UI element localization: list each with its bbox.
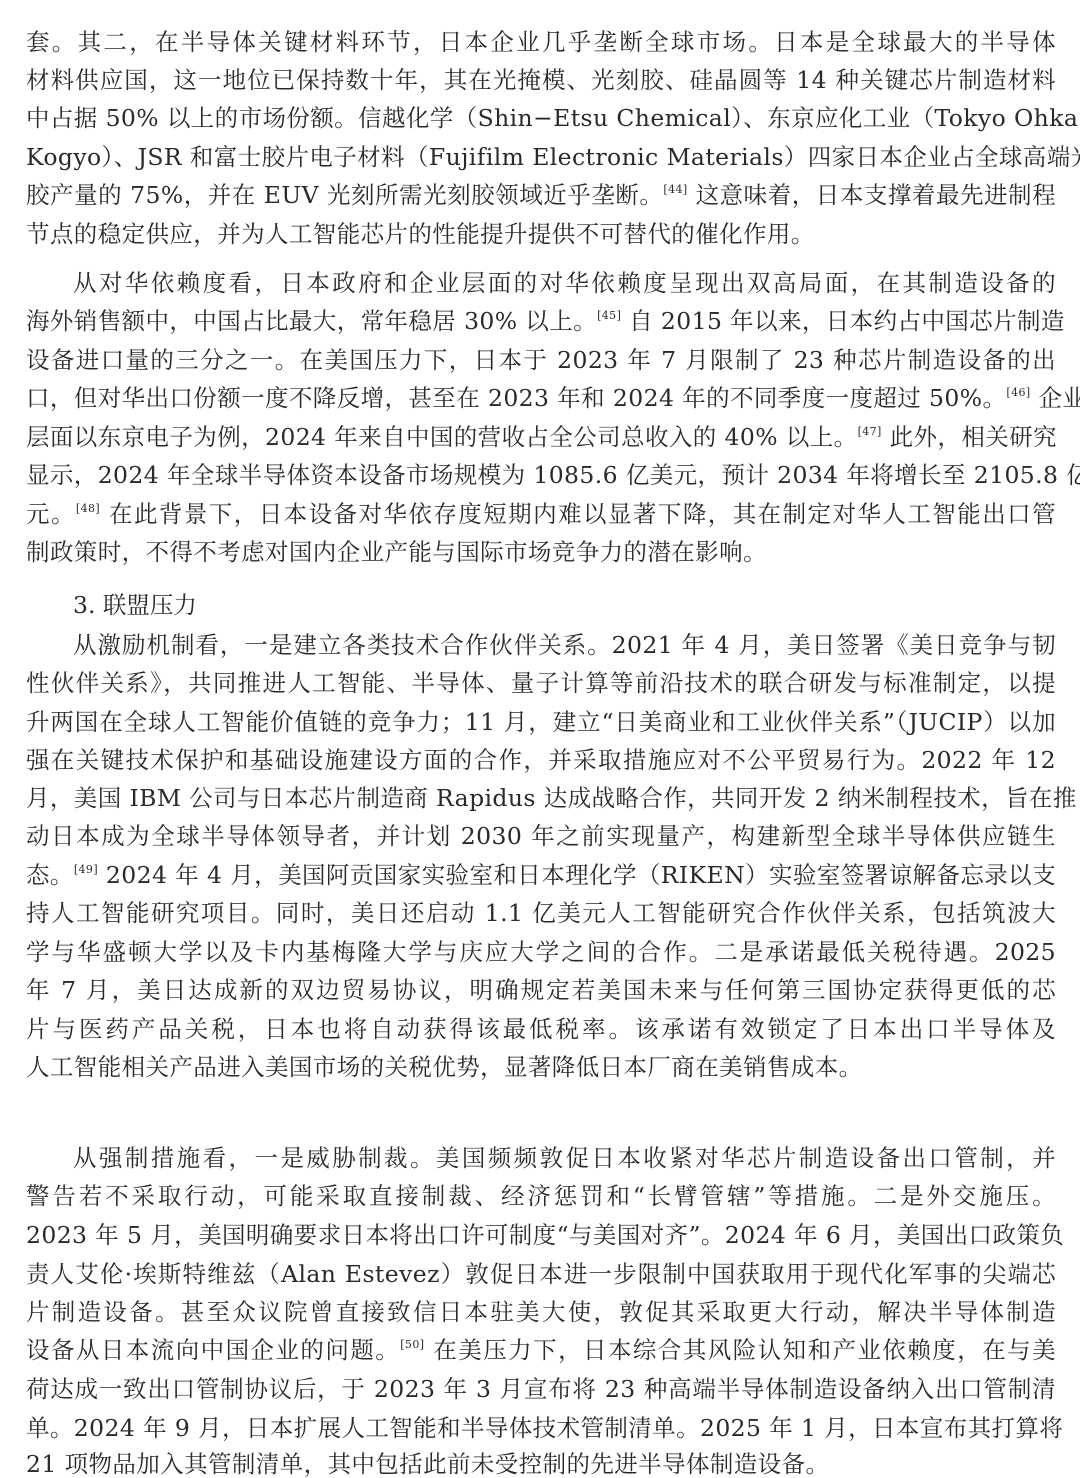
- paragraph-line: 强在关键技术保护和基础设施建设方面的合作，并采取措施应对不公平贸易行为。2022…: [26, 742, 1056, 778]
- paragraph-line: 从对华依赖度看，日本政府和企业层面的对华依赖度呈现出双高局面，在其制造设备的: [73, 265, 1056, 301]
- paragraph-line: 学与华盛顿大学以及卡内基梅隆大学与庆应大学之间的合作。二是承诺最低关税待遇。20…: [26, 934, 1056, 970]
- paragraph-line: 21 项物品加入其管制清单，其中包括此前未受控制的先进半导体制造设备。: [26, 1446, 1056, 1478]
- paragraph-line: 设备从日本流向中国企业的问题。[50] 在美压力下，日本综合其风险认知和产业依赖…: [26, 1332, 1056, 1368]
- paragraph-line: 持人工智能研究项目。同时，美日还启动 1.1 亿美元人工智能研究合作伙伴关系，包…: [26, 895, 1056, 931]
- paragraph-line: 从强制措施看，一是威胁制裁。美国频频敦促日本收紧对华芯片制造设备出口管制，并: [73, 1140, 1056, 1176]
- paragraph-line: 动日本成为全球半导体领导者，并计划 2030 年之前实现量产，构建新型全球半导体…: [26, 818, 1056, 854]
- paragraph-line: 升两国在全球人工智能价值链的竞争力；11 月，建立“日美商业和工业伙伴关系”（J…: [26, 704, 1056, 740]
- paragraph-line: 显示，2024 年全球半导体资本设备市场规模为 1085.6 亿美元，预计 20…: [26, 457, 1056, 493]
- paragraph-line: 从激励机制看，一是建立各类技术合作伙伴关系。2021 年 4 月，美日签署《美日…: [73, 627, 1056, 663]
- citation-marker: [47]: [858, 425, 882, 438]
- paragraph-line: 2023 年 5 月，美国明确要求日本将出口许可制度“与美国对齐”。2024 年…: [26, 1217, 1056, 1253]
- citation-marker: [48]: [76, 502, 100, 515]
- paragraph-line: 海外销售额中，中国占比最大，常年稳居 30% 以上。[45] 自 2015 年以…: [26, 303, 1056, 339]
- paragraph-line: 胶产量的 75%，并在 EUV 光刻所需光刻胶领域近乎垄断。[44] 这意味着，…: [26, 177, 1056, 213]
- paragraph-line: 片与医药产品关税，日本也将自动获得该最低税率。该承诺有效锁定了日本出口半导体及: [26, 1011, 1056, 1047]
- citation-marker: [50]: [400, 1338, 424, 1351]
- paragraph-line: 月，美国 IBM 公司与日本芯片制造商 Rapidus 达成战略合作，共同开发 …: [26, 780, 1056, 816]
- paragraph-line: 设备进口量的三分之一。在美国压力下，日本于 2023 年 7 月限制了 23 种…: [26, 342, 1056, 378]
- paragraph-line: 年 7 月，美日达成新的双边贸易协议，明确规定若美国未来与任何第三国协定获得更低…: [26, 972, 1056, 1008]
- section-heading: 3. 联盟压力: [73, 587, 197, 623]
- citation-marker: [44]: [663, 183, 687, 196]
- paragraph-line: 层面以东京电子为例，2024 年来自中国的营收占全公司总收入的 40% 以上。[…: [26, 419, 1056, 455]
- citation-marker: [45]: [597, 309, 621, 322]
- paragraph-line: 制政策时，不得不考虑对国内企业产能与国际市场竞争力的潜在影响。: [26, 534, 1056, 570]
- paragraph-line: 口，但对华出口份额一度不降反增，甚至在 2023 年和 2024 年的不同季度一…: [26, 380, 1056, 416]
- paragraph-line: 单。2024 年 9 月，日本扩展人工智能和半导体技术管制清单。2025 年 1…: [26, 1410, 1056, 1446]
- paragraph-line: 套。其二，在半导体关键材料环节，日本企业几乎垄断全球市场。日本是全球最大的半导体: [26, 24, 1056, 60]
- paragraph-line: 荷达成一致出口管制协议后，于 2023 年 3 月宣布将 23 种高端半导体制造…: [26, 1371, 1056, 1407]
- paragraph-line: 性伙伴关系》，共同推进人工智能、半导体、量子计算等前沿技术的联合研发与标准制定，…: [26, 665, 1056, 701]
- paragraph-line: Kogyo）、JSR 和富士胶片电子材料（Fujifilm Electronic…: [26, 139, 1056, 175]
- citation-marker: [46]: [1006, 386, 1030, 399]
- paragraph-line: 材料供应国，这一地位已保持数十年，其在光掩模、光刻胶、硅晶圆等 14 种关键芯片…: [26, 62, 1056, 98]
- document-page: 套。其二，在半导体关键材料环节，日本企业几乎垄断全球市场。日本是全球最大的半导体…: [0, 0, 1080, 1478]
- citation-marker: [49]: [74, 863, 98, 876]
- paragraph-line: 元。[48] 在此背景下，日本设备对华依存度短期内难以显著下降，其在制定对华人工…: [26, 496, 1056, 532]
- paragraph-line: 中占据 50% 以上的市场份额。信越化学（Shin−Etsu Chemical）…: [26, 100, 1056, 136]
- paragraph-line: 态。[49] 2024 年 4 月，美国阿贡国家实验室和日本理化学（RIKEN）…: [26, 857, 1056, 893]
- paragraph-line: 节点的稳定供应，并为人工智能芯片的性能提升提供不可替代的催化作用。: [26, 216, 1056, 252]
- paragraph-line: 警告若不采取行动，可能采取直接制裁、经济惩罚和“长臂管辖”等措施。二是外交施压。: [26, 1178, 1056, 1214]
- paragraph-line: 责人艾伦·埃斯特维兹（Alan Estevez）敦促日本进一步限制中国获取用于现…: [26, 1256, 1056, 1292]
- paragraph-line: 人工智能相关产品进入美国市场的关税优势，显著降低日本厂商在美销售成本。: [26, 1049, 1056, 1085]
- paragraph-line: 片制造设备。甚至众议院曾直接致信日本驻美大使，敦促其采取更大行动，解决半导体制造: [26, 1294, 1056, 1330]
